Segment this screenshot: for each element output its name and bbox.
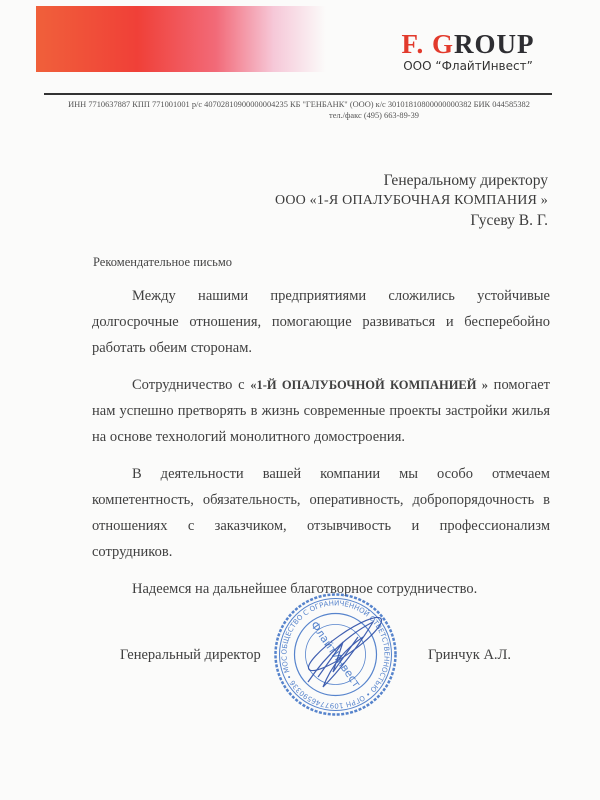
brand-prefix: F. G [401, 29, 454, 59]
company-mention: «1-Й ОПАЛУБОЧНОЙ КОМПАНИЕЙ » [250, 378, 488, 392]
addressee-block: Генеральному директору ООО «1-Я ОПАЛУБОЧ… [275, 171, 548, 231]
brand-rest: ROUP [454, 29, 535, 59]
letter-body: Между нашими предприятиями сложились уст… [92, 283, 550, 613]
letterhead-banner [36, 6, 326, 72]
phone-line: тел./факс (495) 663-89-39 [44, 111, 554, 120]
requisites-line: ИНН 7710637887 КПП 771001001 р/с 4070281… [44, 100, 554, 109]
addressee-name: Гусеву В. Г. [275, 211, 548, 231]
paragraph-2-start: Сотрудничество с [132, 377, 250, 393]
company-name: ООО “ФлайтИнвест” [368, 59, 568, 73]
company-stamp-icon: ОБЩЕСТВО С ОГРАНИЧЕННОЙ ОТВЕТСТВЕННОСТЬЮ… [273, 592, 398, 717]
paragraph-3: В деятельности вашей компании мы особо о… [92, 461, 550, 565]
header-divider [44, 93, 552, 95]
paragraph-2: Сотрудничество с «1-Й ОПАЛУБОЧНОЙ КОМПАН… [92, 372, 550, 450]
letter-subject: Рекомендательное письмо [93, 255, 232, 270]
addressee-position: Генеральному директору [275, 171, 548, 191]
signatory-title: Генеральный директор [120, 647, 261, 664]
brand-name: F. GROUP [368, 30, 568, 58]
signatory-name: Гринчук А.Л. [428, 647, 511, 664]
paragraph-1: Между нашими предприятиями сложились уст… [92, 283, 550, 361]
company-logo: F. GROUP ООО “ФлайтИнвест” [368, 30, 568, 73]
addressee-company: ООО «1-Я ОПАЛУБОЧНАЯ КОМПАНИЯ » [275, 191, 548, 211]
